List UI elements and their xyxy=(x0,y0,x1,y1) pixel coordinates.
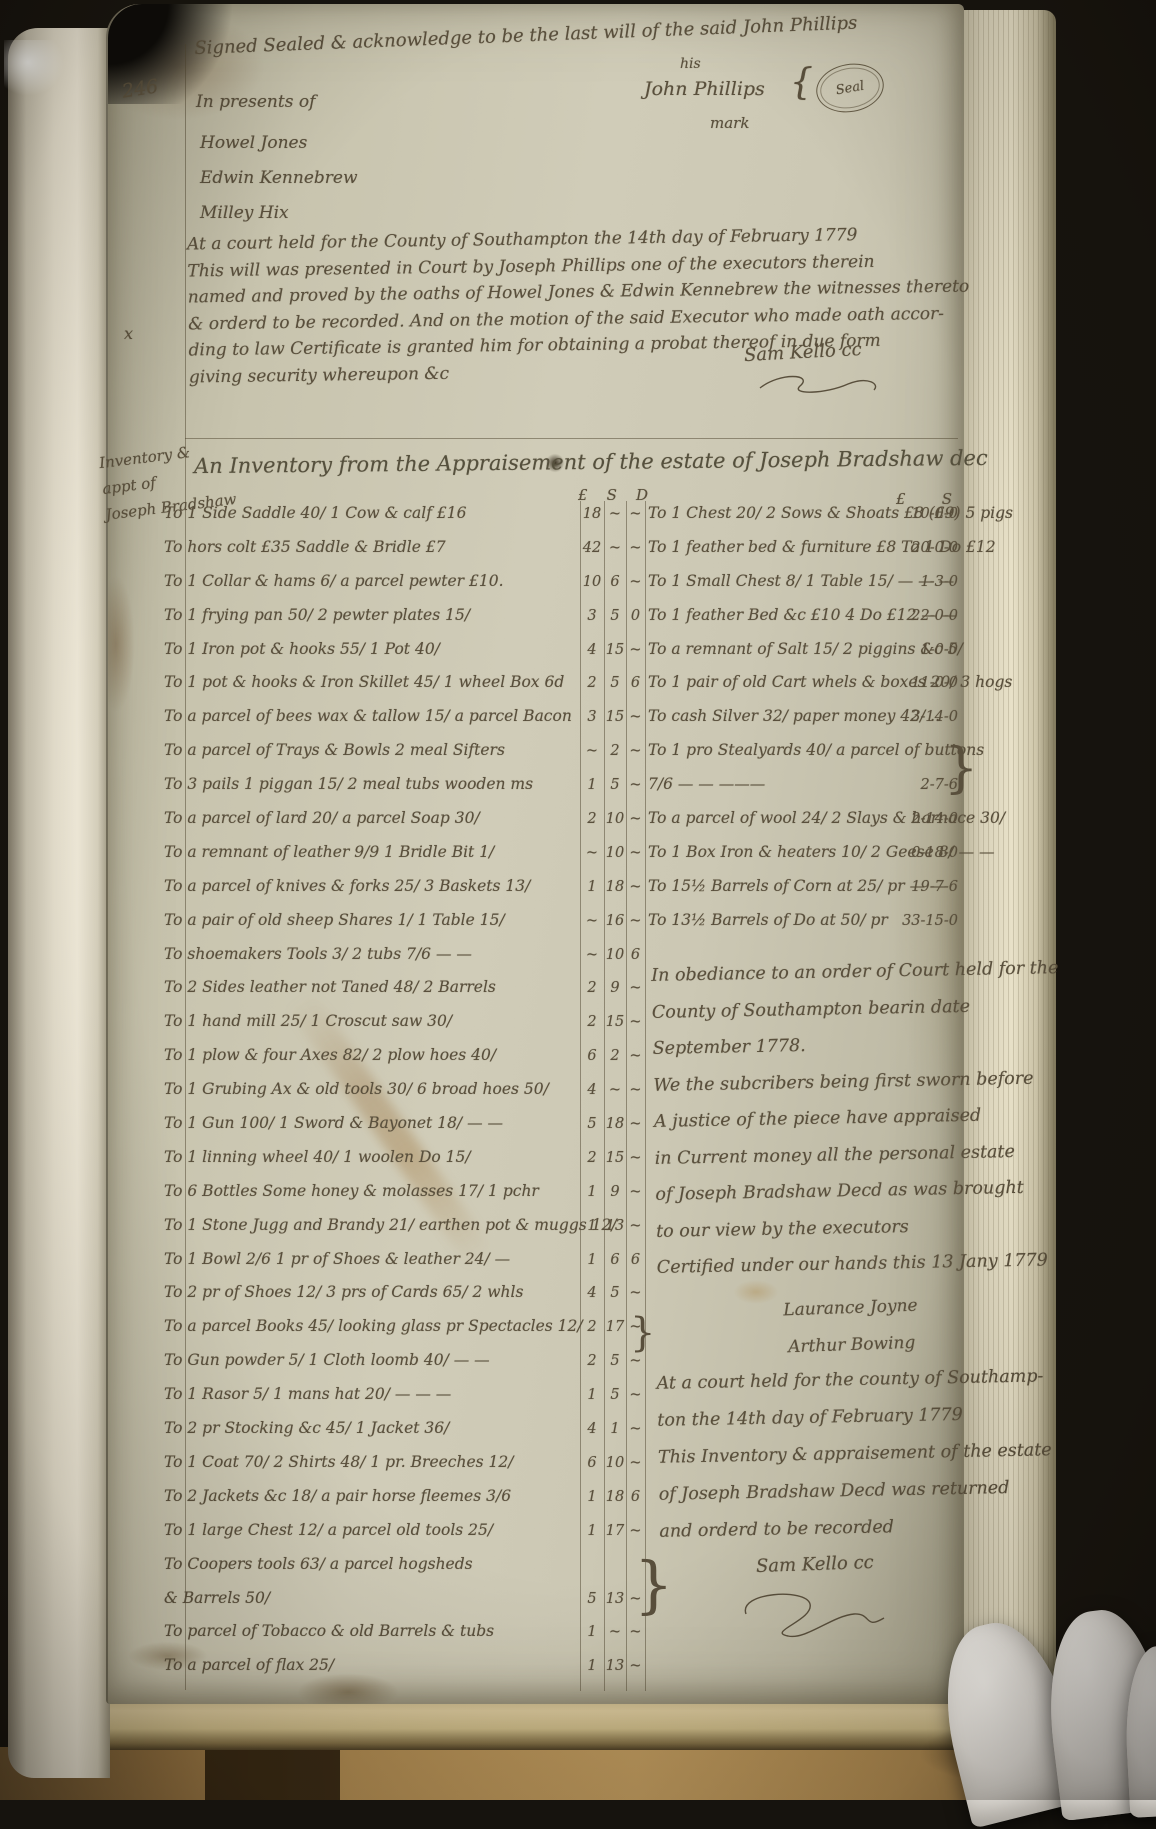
amount-total: 10-0-0 xyxy=(850,506,958,522)
row-item: To 1 linning wheel 40/ 1 woolen Do 15/ xyxy=(164,1148,471,1166)
amount-pounds: 1 xyxy=(581,1489,603,1505)
table-shadow xyxy=(205,1750,340,1800)
inventory-row: To a parcel of lard 20/ a parcel Soap 30… xyxy=(164,809,644,843)
inventory-row: To 1 plow & four Axes 82/ 2 plow hoes 40… xyxy=(164,1046,644,1080)
amount-pounds: 4 xyxy=(581,1082,603,1098)
inventory-row: To 1 Coat 70/ 2 Shirts 48/ 1 pr. Breeche… xyxy=(164,1453,644,1487)
amount-total: 3-14-0 xyxy=(850,709,958,725)
inventory-row: To a parcel of bees wax & tallow 15/ a p… xyxy=(164,707,644,741)
amount-pounds: 1 xyxy=(581,777,603,793)
amount-shillings: ~ xyxy=(605,540,625,556)
row-item: To a parcel of lard 20/ a parcel Soap 30… xyxy=(164,809,480,827)
witness-list: Howel JonesEdwin KennebrewMilley Hix xyxy=(200,126,358,231)
inventory-row: To 1 Chest 20/ 2 Sows & Shoats £8 (£9) 5… xyxy=(648,504,960,538)
amount-total: 0-18-0 xyxy=(850,845,958,861)
amount-pence: ~ xyxy=(627,506,644,522)
amount-shillings: ~ xyxy=(605,506,625,522)
row-item: To 1 Collar & hams 6/ a parcel pewter £1… xyxy=(164,572,504,590)
amount-shillings: 2 xyxy=(605,1048,625,1064)
amount-shillings: 13 xyxy=(605,1658,625,1674)
amount-shillings: 17 xyxy=(605,1523,625,1539)
amount-pounds: 1 xyxy=(581,1218,603,1234)
manuscript-page: Signed Sealed & acknowledge to be the la… xyxy=(106,4,964,1704)
inventory-row: To 15½ Barrels of Corn at 25/ pr — —19-7… xyxy=(648,877,960,911)
inventory-row: To a parcel of knives & forks 25/ 3 Bask… xyxy=(164,877,644,911)
books-brace: } xyxy=(630,1310,655,1356)
amount-pence: ~ xyxy=(627,540,644,556)
amount-pounds: 1 xyxy=(581,1387,603,1403)
clerk-flourish-icon xyxy=(736,1586,916,1642)
row-item: To 1 Coat 70/ 2 Shirts 48/ 1 pr. Breeche… xyxy=(164,1453,513,1471)
row-item: To 1 Stone Jugg and Brandy 21/ earthen p… xyxy=(164,1216,617,1234)
amount-pence: 6 xyxy=(627,1252,644,1268)
amount-shillings: ~ xyxy=(605,1624,625,1640)
amount-total: 2-14-0 xyxy=(850,811,958,827)
amount-shillings: 17 xyxy=(605,1319,625,1335)
section-divider xyxy=(185,438,958,439)
obedience-line: In obediance to an order of Court held f… xyxy=(651,950,1059,994)
inventory-row: To a parcel of wool 24/ 2 Slays & harnac… xyxy=(648,809,960,843)
row-item: To parcel of Tobacco & old Barrels & tub… xyxy=(164,1622,494,1640)
amount-pence: ~ xyxy=(627,1116,644,1132)
clerk-flourish-icon xyxy=(756,370,886,400)
amount-pence: ~ xyxy=(627,743,644,759)
amount-total: 11-0-0 xyxy=(850,675,958,691)
inventory-row: To hors colt £35 Saddle & Bridle £742~~ xyxy=(164,538,644,572)
amount-pounds: 6 xyxy=(581,1048,603,1064)
inventory-row: To 1 Bowl 2/6 1 pr of Shoes & leather 24… xyxy=(164,1250,644,1284)
spine-highlight xyxy=(4,40,64,96)
amount-shillings: 10 xyxy=(605,1455,625,1471)
pounds-header: £ xyxy=(578,486,588,504)
seal-label: Seal xyxy=(835,78,866,98)
obedience-line: We the subcribers being first sworn befo… xyxy=(653,1060,1061,1104)
amount-shillings: 5 xyxy=(605,675,625,691)
amount-pence: ~ xyxy=(627,913,644,929)
amount-pence: ~ xyxy=(627,574,644,590)
amount-shillings: 18 xyxy=(605,1489,625,1505)
amount-shillings: 15 xyxy=(605,1014,625,1030)
amount-pounds: 3 xyxy=(581,709,603,725)
amount-shillings: 5 xyxy=(605,1353,625,1369)
amount-pounds: ~ xyxy=(581,743,603,759)
row-item: To hors colt £35 Saddle & Bridle £7 xyxy=(164,538,446,556)
amount-pounds: 2 xyxy=(581,1319,603,1335)
inventory-row: To 2 Jackets &c 18/ a pair horse fleemes… xyxy=(164,1487,644,1521)
amount-pence: ~ xyxy=(627,980,644,996)
amount-shillings: 6 xyxy=(605,1252,625,1268)
row-item: To 1 hand mill 25/ 1 Croscut saw 30/ xyxy=(164,1012,452,1030)
amount-pence: ~ xyxy=(627,1082,644,1098)
amount-pence: ~ xyxy=(627,1014,644,1030)
row-item: To 1 Chest 20/ 2 Sows & Shoats £8 (£9) 5… xyxy=(648,504,1013,522)
inventory-row: To a remnant of Salt 15/ 2 piggins &c 5/… xyxy=(648,640,960,674)
amount-shillings: 18 xyxy=(605,1116,625,1132)
amount-shillings: 9 xyxy=(605,1184,625,1200)
inventory-row: To parcel of Tobacco & old Barrels & tub… xyxy=(164,1622,644,1656)
margin-mark: x xyxy=(124,324,133,343)
amount-total: 33-15-0 xyxy=(850,913,958,929)
amount-pence: ~ xyxy=(627,1421,644,1437)
amount-pounds: 4 xyxy=(581,1421,603,1437)
inventory-row: To 1 Iron pot & hooks 55/ 1 Pot 40/415~ xyxy=(164,640,644,674)
amount-pence: 0 xyxy=(627,608,644,624)
row-item: To 2 pr of Shoes 12/ 3 prs of Cards 65/ … xyxy=(164,1283,523,1301)
inventory-row: To 2 Sides leather not Taned 48/ 2 Barre… xyxy=(164,978,644,1012)
inventory-row: To 1 pair of old Cart whels & boxes 20/ … xyxy=(648,673,960,707)
court-record-line: and orderd to be recorded xyxy=(659,1506,1053,1551)
amount-pence: ~ xyxy=(627,1523,644,1539)
row-item: To 1 plow & four Axes 82/ 2 plow hoes 40… xyxy=(164,1046,496,1064)
amount-pence: ~ xyxy=(627,1218,644,1234)
amount-pounds: 4 xyxy=(581,642,603,658)
inventory-row: To 1 Stone Jugg and Brandy 21/ earthen p… xyxy=(164,1216,644,1250)
amount-pounds: 5 xyxy=(581,1591,603,1607)
amount-pounds: 2 xyxy=(581,1150,603,1166)
inventory-row: To 1 Collar & hams 6/ a parcel pewter £1… xyxy=(164,572,644,606)
amount-pounds: 1 xyxy=(581,1184,603,1200)
left-amount-headers: £ S D xyxy=(578,486,648,504)
inventory-row: To shoemakers Tools 3/ 2 tubs 7/6 — —~10… xyxy=(164,945,644,979)
book-spine-edge xyxy=(8,28,110,1778)
amount-pounds: 2 xyxy=(581,1353,603,1369)
amount-pounds: 2 xyxy=(581,811,603,827)
witness-name: Milley Hix xyxy=(200,196,358,231)
amount-pounds: ~ xyxy=(581,913,603,929)
inventory-row: To 1 Rasor 5/ 1 mans hat 20/ — — —15~ xyxy=(164,1385,644,1419)
shillings-header: S xyxy=(607,486,617,504)
amount-shillings: 15 xyxy=(605,1150,625,1166)
row-item: To 1 Side Saddle 40/ 1 Cow & calf £16 xyxy=(164,504,466,522)
row-item: To 6 Bottles Some honey & molasses 17/ 1… xyxy=(164,1182,539,1200)
archive-photo: Signed Sealed & acknowledge to be the la… xyxy=(0,0,1156,1800)
amount-pounds: 1 xyxy=(581,1252,603,1268)
inventory-court-paragraph: At a court held for the county of Southa… xyxy=(656,1358,1053,1551)
amount-shillings: 5 xyxy=(605,608,625,624)
row-item: To 3 pails 1 piggan 15/ 2 meal tubs wood… xyxy=(164,775,533,793)
amount-pence: ~ xyxy=(627,1455,644,1471)
amount-pence: ~ xyxy=(627,1658,644,1674)
inventory-row: To a pair of old sheep Shares 1/ 1 Table… xyxy=(164,911,644,945)
seal-brace: { xyxy=(790,62,813,103)
amount-pence: 6 xyxy=(627,1489,644,1505)
amount-pounds: 1 xyxy=(581,1624,603,1640)
row-item: To a parcel Books 45/ looking glass pr S… xyxy=(164,1317,583,1335)
amount-shillings: 5 xyxy=(605,1387,625,1403)
amount-pence: ~ xyxy=(627,1184,644,1200)
signature-his: his xyxy=(680,56,701,72)
inventory-row: To 2 pr Stocking &c 45/ 1 Jacket 36/41~ xyxy=(164,1419,644,1453)
amount-pence: ~ xyxy=(627,1150,644,1166)
row-item: To Gun powder 5/ 1 Cloth loomb 40/ — — xyxy=(164,1351,490,1369)
inventory-row: To a parcel Books 45/ looking glass pr S… xyxy=(164,1317,644,1351)
amount-pence: 6 xyxy=(627,675,644,691)
amount-pence: ~ xyxy=(627,642,644,658)
row-item: To a parcel of knives & forks 25/ 3 Bask… xyxy=(164,877,530,895)
inventory-row: To 13½ Barrels of Do at 50/ pr33-15-0 xyxy=(648,911,960,945)
row-item: To a pair of old sheep Shares 1/ 1 Table… xyxy=(164,911,505,929)
inventory-row: To a parcel of flax 25/113~ xyxy=(164,1656,644,1690)
amount-pounds: 2 xyxy=(581,980,603,996)
inventory-row: To Gun powder 5/ 1 Cloth loomb 40/ — —25… xyxy=(164,1351,644,1385)
inventory-row: To 1 frying pan 50/ 2 pewter plates 15/3… xyxy=(164,606,644,640)
row-item: & Barrels 50/ xyxy=(164,1589,270,1607)
witness-name: Howel Jones xyxy=(200,126,358,161)
inventory-row: To 1 feather Bed &c £10 4 Do £12 — —22-0… xyxy=(648,606,960,640)
amount-shillings: 13 xyxy=(605,1591,625,1607)
inventory-title: An Inventory from the Appraisement of th… xyxy=(194,446,988,478)
amount-shillings: 6 xyxy=(605,574,625,590)
inventory-row: To 6 Bottles Some honey & molasses 17/ 1… xyxy=(164,1182,644,1216)
amount-total: 1-3-0 xyxy=(850,574,958,590)
inventory-row: To 1 Gun 100/ 1 Sword & Bayonet 18/ — —5… xyxy=(164,1114,644,1148)
inventory-row: To 1 large Chest 12/ a parcel old tools … xyxy=(164,1521,644,1555)
amount-pounds: 18 xyxy=(581,506,603,522)
inventory-left-column: To 1 Side Saddle 40/ 1 Cow & calf £1618~… xyxy=(164,504,644,1690)
amount-pounds: ~ xyxy=(581,845,603,861)
amount-shillings: 18 xyxy=(605,879,625,895)
amount-shillings: 9 xyxy=(605,980,625,996)
inventory-row: To 1 Box Iron & heaters 10/ 2 Geese 8/ —… xyxy=(648,843,960,877)
inventory-row: To a remnant of leather 9/9 1 Bridle Bit… xyxy=(164,843,644,877)
signature-mark: mark xyxy=(710,114,749,132)
obedience-line: of Joseph Bradshaw Decd as was brought xyxy=(655,1169,1063,1213)
amount-pounds: 1 xyxy=(581,879,603,895)
inventory-row: & Barrels 50/513~ xyxy=(164,1589,644,1623)
court-record-paragraph: At a court held for the County of Southa… xyxy=(187,221,971,391)
inventory-row: To 1 Small Chest 8/ 1 Table 15/ — — —1-3… xyxy=(648,572,960,606)
row-item: To 1 pot & hooks & Iron Skillet 45/ 1 wh… xyxy=(164,673,564,691)
amount-pounds: 5 xyxy=(581,1116,603,1132)
row-item: To 1 large Chest 12/ a parcel old tools … xyxy=(164,1521,493,1539)
amount-pounds: ~ xyxy=(581,947,603,963)
stealyards-brace: } xyxy=(944,736,978,799)
amount-total: 1-0-0 xyxy=(850,642,958,658)
amount-pence: ~ xyxy=(627,777,644,793)
row-item: To 1 Bowl 2/6 1 pr of Shoes & leather 24… xyxy=(164,1250,510,1268)
amount-pounds: 4 xyxy=(581,1285,603,1301)
amount-shillings: 5 xyxy=(605,1285,625,1301)
amount-pence: ~ xyxy=(627,1048,644,1064)
inventory-row: To 1 pro Stealyards 40/ a parcel of butt… xyxy=(648,741,960,775)
testator-signature: John Phillips xyxy=(644,78,765,100)
amount-pence: ~ xyxy=(627,1387,644,1403)
inventory-row: To Coopers tools 63/ a parcel hogsheds xyxy=(164,1555,644,1589)
amount-total: 2-7-6 xyxy=(850,777,958,793)
amount-total: 20-0-0 xyxy=(850,540,958,556)
amount-pounds: 1 xyxy=(581,1523,603,1539)
row-item: To 1 frying pan 50/ 2 pewter plates 15/ xyxy=(164,606,470,624)
amount-shillings: 10 xyxy=(605,845,625,861)
amount-shillings: 5 xyxy=(605,777,625,793)
inventory-row: To cash Silver 32/ paper money 42/ ..3-1… xyxy=(648,707,960,741)
inventory-right-column: To 1 Chest 20/ 2 Sows & Shoats £8 (£9) 5… xyxy=(648,504,960,945)
court-record-line: At a court held for the county of Southa… xyxy=(656,1358,1050,1403)
pence-header: D xyxy=(636,486,648,504)
amount-shillings: 15 xyxy=(605,642,625,658)
row-item: To 1 Grubing Ax & old tools 30/ 6 broad … xyxy=(164,1080,549,1098)
row-item: 7/6 — — ——— xyxy=(648,775,765,793)
appraiser-signature: Laurance Joyne xyxy=(783,1288,918,1330)
amount-pounds: 2 xyxy=(581,675,603,691)
amount-pounds: 42 xyxy=(581,540,603,556)
appraiser-signature: Arthur Bowing xyxy=(784,1325,919,1367)
presents-label: In presents of xyxy=(196,92,315,112)
inventory-row: To a parcel of Trays & Bowls 2 meal Sift… xyxy=(164,741,644,775)
amount-shillings: 16 xyxy=(605,913,625,929)
row-item: To Coopers tools 63/ a parcel hogsheds xyxy=(164,1555,473,1573)
row-item: To 1 Rasor 5/ 1 mans hat 20/ — — — xyxy=(164,1385,451,1403)
row-item: To 2 Sides leather not Taned 48/ 2 Barre… xyxy=(164,978,496,996)
inventory-row: 7/6 — — ———2-7-6 xyxy=(648,775,960,809)
amount-total: 19-7-6 xyxy=(850,879,958,895)
inventory-row: To 2 pr of Shoes 12/ 3 prs of Cards 65/ … xyxy=(164,1283,644,1317)
row-item: To 2 Jackets &c 18/ a pair horse fleemes… xyxy=(164,1487,511,1505)
inventory-row: To 1 Side Saddle 40/ 1 Cow & calf £1618~… xyxy=(164,504,644,538)
amount-shillings: 10 xyxy=(605,811,625,827)
appraiser-signatures: Laurance JoyneArthur Bowing xyxy=(783,1288,920,1367)
row-item: To a remnant of leather 9/9 1 Bridle Bit… xyxy=(164,843,494,861)
row-item: To 2 pr Stocking &c 45/ 1 Jacket 36/ xyxy=(164,1419,449,1437)
amount-pence: ~ xyxy=(627,1285,644,1301)
row-item: To 1 Gun 100/ 1 Sword & Bayonet 18/ — — xyxy=(164,1114,503,1132)
amount-pence: ~ xyxy=(627,845,644,861)
inventory-row: To 3 pails 1 piggan 15/ 2 meal tubs wood… xyxy=(164,775,644,809)
amount-pence: ~ xyxy=(627,709,644,725)
amount-pence: ~ xyxy=(627,811,644,827)
amount-pounds: 2 xyxy=(581,1014,603,1030)
barrels-brace: } xyxy=(634,1548,673,1621)
amount-pounds: 10 xyxy=(581,574,603,590)
wax-seal-icon: Seal xyxy=(812,58,887,117)
amount-pence: ~ xyxy=(627,879,644,895)
amount-shillings: 1 xyxy=(605,1421,625,1437)
amount-shillings: 13 xyxy=(605,1218,625,1234)
amount-shillings: 10 xyxy=(605,947,625,963)
attestation-line: Signed Sealed & acknowledge to be the la… xyxy=(194,13,858,59)
witness-name: Edwin Kennebrew xyxy=(200,161,358,196)
obedience-paragraph: In obediance to an order of Court held f… xyxy=(651,950,1064,1286)
amount-shillings: ~ xyxy=(605,1082,625,1098)
amount-pence: 6 xyxy=(627,947,644,963)
row-item: To a parcel of bees wax & tallow 15/ a p… xyxy=(164,707,572,725)
amount-total: 22-0-0 xyxy=(850,608,958,624)
inventory-row: To 1 feather bed & furniture £8 To 1 Do … xyxy=(648,538,960,572)
inventory-row: To 1 linning wheel 40/ 1 woolen Do 15/21… xyxy=(164,1148,644,1182)
amount-pounds: 6 xyxy=(581,1455,603,1471)
row-item: To a parcel of flax 25/ xyxy=(164,1656,334,1674)
amount-shillings: 15 xyxy=(605,709,625,725)
amount-shillings: 2 xyxy=(605,743,625,759)
inventory-row: To 1 pot & hooks & Iron Skillet 45/ 1 wh… xyxy=(164,673,644,707)
obedience-line: Certified under our hands this 13 Jany 1… xyxy=(656,1242,1064,1286)
inventory-row: To 1 hand mill 25/ 1 Croscut saw 30/215~ xyxy=(164,1012,644,1046)
row-item: To 1 Iron pot & hooks 55/ 1 Pot 40/ xyxy=(164,640,440,658)
inventory-row: To 1 Grubing Ax & old tools 30/ 6 broad … xyxy=(164,1080,644,1114)
row-item: To 1 pro Stealyards 40/ a parcel of butt… xyxy=(648,741,984,759)
court-record-line: of Joseph Bradshaw Decd was returned xyxy=(658,1469,1052,1514)
amount-pence: ~ xyxy=(627,1624,644,1640)
amount-pounds: 1 xyxy=(581,1658,603,1674)
amount-pounds: 3 xyxy=(581,608,603,624)
clerk-signature: Sam Kello cc xyxy=(756,1552,874,1577)
row-item: To a parcel of Trays & Bowls 2 meal Sift… xyxy=(164,741,505,759)
amount-column-rule xyxy=(645,501,646,1691)
row-item: To shoemakers Tools 3/ 2 tubs 7/6 — — xyxy=(164,945,472,963)
